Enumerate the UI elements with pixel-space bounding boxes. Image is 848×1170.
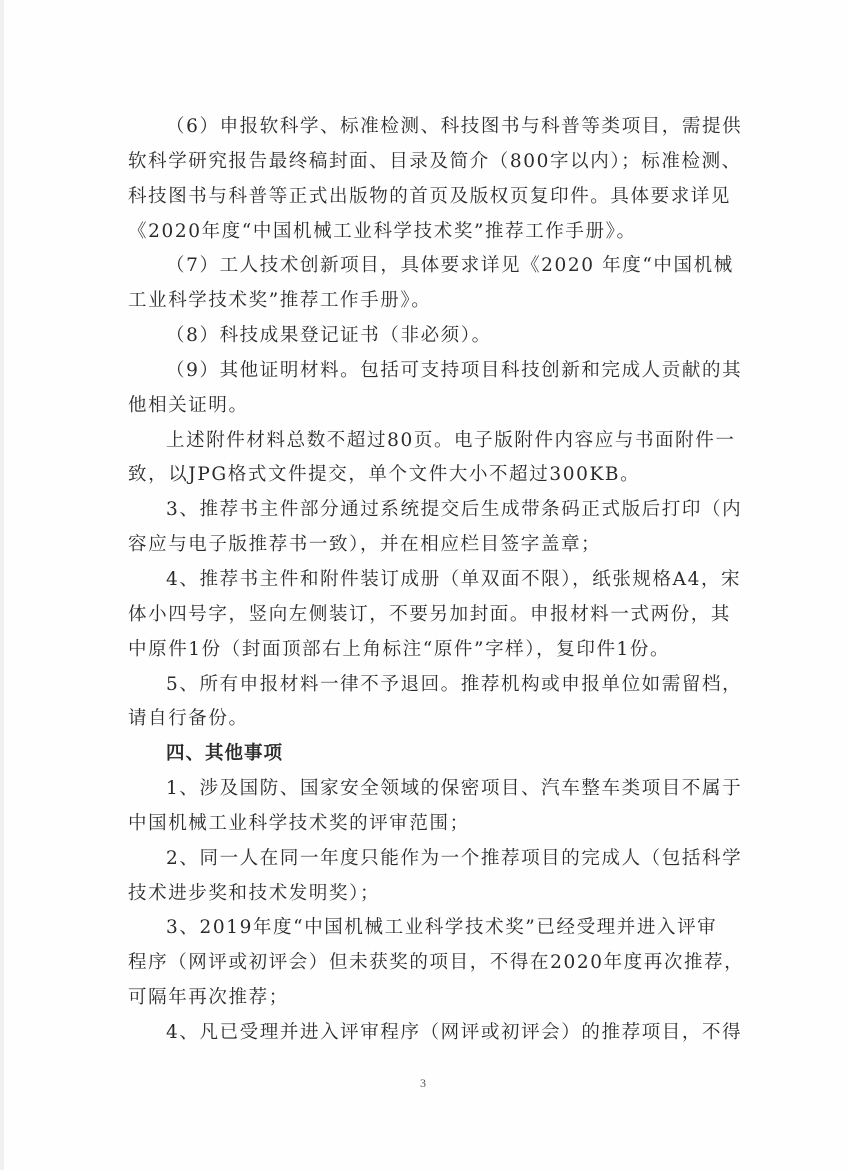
section-heading: 四、其他事项 — [166, 742, 720, 766]
text-line: 容应与电子版推荐书一致），并在相应栏目签字盖章； — [128, 533, 720, 557]
text-line: 3、2019年度“中国机械工业科学技术奖”已经受理并进入评审 — [166, 916, 720, 940]
text-line: 请自行备份。 — [128, 707, 720, 731]
text-line: 体小四号字，竖向左侧装订，不要另加封面。申报材料一式两份，其 — [128, 603, 720, 627]
text-line: 程序（网评或初评会）但未获奖的项目，不得在2020年度再次推荐， — [128, 951, 720, 975]
text-line: 致，以JPG格式文件提交，单个文件大小不超过300KB。 — [128, 463, 720, 487]
text-line: 《2020年度“中国机械工业科学技术奖”推荐工作手册》。 — [128, 220, 720, 244]
text-line: 2、同一人在同一年度只能作为一个推荐项目的完成人（包括科学 — [166, 847, 720, 871]
text-line: 工业科学技术奖”推荐工作手册》。 — [128, 289, 720, 313]
text-line: （6）申报软科学、标准检测、科技图书与科普等类项目，需提供 — [166, 115, 720, 139]
scan-edge — [0, 0, 4, 1170]
text-line: 技术进步奖和技术发明奖）； — [128, 882, 720, 906]
text-line: 4、推荐书主件和附件装订成册（单双面不限），纸张规格A4，宋 — [166, 568, 720, 592]
page-number: 3 — [420, 1076, 426, 1091]
text-line: 中国机械工业科学技术奖的评审范围； — [128, 812, 720, 836]
text-line: 可隔年再次推荐； — [128, 986, 720, 1010]
text-line: 1、涉及国防、国家安全领域的保密项目、汽车整车类项目不属于 — [166, 777, 720, 801]
text-line: 他相关证明。 — [128, 394, 720, 418]
text-line: 4、凡已受理并进入评审程序（网评或初评会）的推荐项目，不得 — [166, 1021, 720, 1045]
document-page: （6）申报软科学、标准检测、科技图书与科普等类项目，需提供软科学研究报告最终稿封… — [0, 0, 848, 1170]
text-line: （9）其他证明材料。包括可支持项目科技创新和完成人贡献的其 — [166, 359, 720, 383]
text-line: 软科学研究报告最终稿封面、目录及简介（800字以内）；标准检测、 — [128, 150, 720, 174]
text-line: 5、所有申报材料一律不予退回。推荐机构或申报单位如需留档， — [166, 673, 720, 697]
text-line: 中原件1份（封面顶部右上角标注“原件”字样），复印件1份。 — [128, 638, 720, 662]
text-line: （8）科技成果登记证书（非必须）。 — [166, 324, 720, 348]
text-line: 上述附件材料总数不超过80页。电子版附件内容应与书面附件一 — [166, 429, 720, 453]
text-line: 3、推荐书主件部分通过系统提交后生成带条码正式版后打印（内 — [166, 498, 720, 522]
text-line: 科技图书与科普等正式出版物的首页及版权页复印件。具体要求详见 — [128, 185, 720, 209]
text-line: （7）工人技术创新项目，具体要求详见《2020 年度“中国机械 — [166, 254, 720, 278]
